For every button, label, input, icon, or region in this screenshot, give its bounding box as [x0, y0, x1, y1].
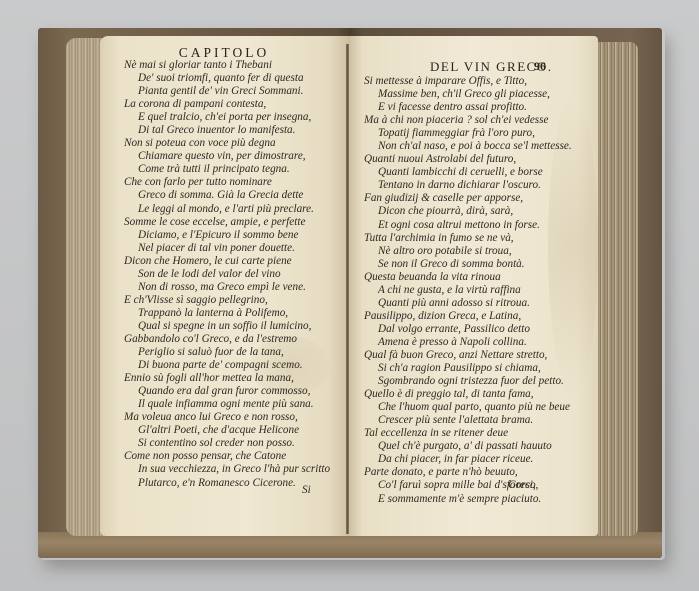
verse-line: Crescer più sente l'alettata brama.: [364, 414, 572, 427]
verse-line: De' suoi triomfi, quanto fer di questa: [124, 72, 330, 85]
right-page: DEL VIN GRECO. 96 Si mettesse à imparare…: [348, 36, 598, 536]
verse-line: Qual fà buon Greco, anzi Nettare stretto…: [364, 349, 572, 362]
left-page-edges: [66, 38, 104, 536]
verse-line: Gl'altri Poeti, che d'acque Helicone: [124, 424, 330, 437]
verse-line: Periglio si saluò fuor de la tana,: [124, 346, 330, 359]
catchword-right: Greco,: [508, 479, 538, 492]
verse-line: E ch'Vlisse sì saggio pellegrino,: [124, 294, 330, 307]
verse-line: E quel tralcio, ch'ei porta per insegna,: [124, 111, 330, 124]
verse-line: Si ch'a ragion Pausilippo si chiama,: [364, 362, 572, 375]
verse-line: Quello è di preggio tal, di tanta fama,: [364, 388, 572, 401]
verse-line: Tutta l'archimia in fumo se ne và,: [364, 232, 572, 245]
verse-line: Quando era dal gran furor commosso,: [124, 385, 330, 398]
running-head-left: CAPITOLO: [100, 46, 348, 59]
verse-line: Di buona parte de' compagni scemo.: [124, 359, 330, 372]
verse-line: Sgombrando ogni tristezza fuor del petto…: [364, 375, 572, 388]
verse-line: Nè altro oro potabile si troua,: [364, 245, 572, 258]
verse-line: Dal volgo errante, Passilico detto: [364, 323, 572, 336]
right-page-edges: [594, 42, 638, 536]
verse-line: Che l'huom qual parto, quanto più ne beu…: [364, 401, 572, 414]
verse-line: E vi facesse dentro assai profitto.: [364, 101, 572, 114]
verse-line: Che con farlo per tutto nominare: [124, 176, 330, 189]
verse-line: Tal eccellenza in se ritener deue: [364, 427, 572, 440]
verse-line: Ma à chi non piaceria ? sol ch'ei vedess…: [364, 114, 572, 127]
verse-line: Dicon che Homero, le cui carte piene: [124, 255, 330, 268]
left-page-text: Nè mai si gloriar tanto i ThebaniDe' suo…: [124, 59, 330, 490]
verse-line: Fan giudizij & caselle per apporse,: [364, 192, 572, 205]
verse-line: Si mettesse à imparare Offis, e Titto,: [364, 75, 572, 88]
verse-line: Non si poteua con voce più degna: [124, 137, 330, 150]
verse-line: Da chi piacer, in far piacer riceue.: [364, 453, 572, 466]
verse-line: Si contentino sol creder non posso.: [124, 437, 330, 450]
verse-line: Nè mai si gloriar tanto i Thebani: [124, 59, 330, 72]
verse-line: Questa beuanda la vita rinoua: [364, 271, 572, 284]
verse-line: Non ch'al naso, e poi à bocca se'l mette…: [364, 140, 572, 153]
page-number: 96: [534, 60, 546, 73]
verse-line: Quanti lambicchi di ceruelli, e borse: [364, 166, 572, 179]
verse-line: Amena è presso à Napoli collina.: [364, 336, 572, 349]
verse-line: Parte donato, e parte n'hò beuuto,: [364, 466, 572, 479]
verse-line: Quanti nuoui Astrolabi del futuro,: [364, 153, 572, 166]
verse-line: Di tal Greco inuentor lo manifesta.: [124, 124, 330, 137]
verse-line: E sommamente m'è sempre piaciuto.: [364, 493, 572, 506]
catchword-left: Si: [302, 484, 311, 497]
verse-line: Non di rosso, ma Greco empì le vene.: [124, 281, 330, 294]
verse-line: Trappanò la lanterna à Polifemo,: [124, 307, 330, 320]
verse-line: Il quale infiamma ogni mente più sana.: [124, 398, 330, 411]
verse-line: A chi ne gusta, e la virtù raffina: [364, 284, 572, 297]
verse-line: Co'l faruì sopra mille bai d'sfoorsi,: [364, 479, 572, 492]
verse-line: Quel ch'è purgato, a' di passati hauuto: [364, 440, 572, 453]
verse-line: Somme le cose eccelse, ampie, e perfette: [124, 216, 330, 229]
verse-line: Gabbandolo co'l Greco, e da l'estremo: [124, 333, 330, 346]
book-gutter: [346, 44, 349, 534]
verse-line: In sua vecchiezza, in Greco l'hà pur scr…: [124, 463, 330, 476]
verse-line: Chiamare questo vin, per dimostrare,: [124, 150, 330, 163]
verse-line: Son de le lodi del valor del vino: [124, 268, 330, 281]
verse-line: Massime ben, ch'il Greco gli piacesse,: [364, 88, 572, 101]
verse-line: Diciamo, e l'Epicuro il sommo bene: [124, 229, 330, 242]
verse-line: Pianta gentil de' vin Greci Sommani.: [124, 85, 330, 98]
verse-line: Se non il Greco di somma bontà.: [364, 258, 572, 271]
verse-line: Quanti più anni adosso si ritroua.: [364, 297, 572, 310]
verse-line: La corona di pampani contesta,: [124, 98, 330, 111]
verse-line: Nel piacer di tal vin poner douette.: [124, 242, 330, 255]
verse-line: Le leggi al mondo, e l'arti più preclare…: [124, 203, 330, 216]
verse-line: Ennio sù fogli all'hor mettea la mana,: [124, 372, 330, 385]
verse-line: Plutarco, e'n Romanesco Cicerone.: [124, 477, 330, 490]
verse-line: Come non posso pensar, che Catone: [124, 450, 330, 463]
verse-line: Tentano in darno dichiarar l'oscuro.: [364, 179, 572, 192]
verse-line: Qual si spegne in un soffio il lumicino,: [124, 320, 330, 333]
verse-line: Pausilippo, dizion Greca, e Latina,: [364, 310, 572, 323]
verse-line: Dicon che piourrà, dirà, sarà,: [364, 205, 572, 218]
verse-line: Greco di somma. Già la Grecia dette: [124, 189, 330, 202]
verse-line: Ma voleua anco lui Greco e non rosso,: [124, 411, 330, 424]
left-page: CAPITOLO Nè mai si gloriar tanto i Theba…: [100, 36, 348, 536]
verse-line: Et ogni cosa altrui mettono in forse.: [364, 219, 572, 232]
right-page-text: Si mettesse à imparare Offis, e Titto,Ma…: [364, 75, 572, 506]
verse-line: Topatij fiammeggiar frà l'oro puro,: [364, 127, 572, 140]
verse-line: Come trà tutti il principato tegna.: [124, 163, 330, 176]
